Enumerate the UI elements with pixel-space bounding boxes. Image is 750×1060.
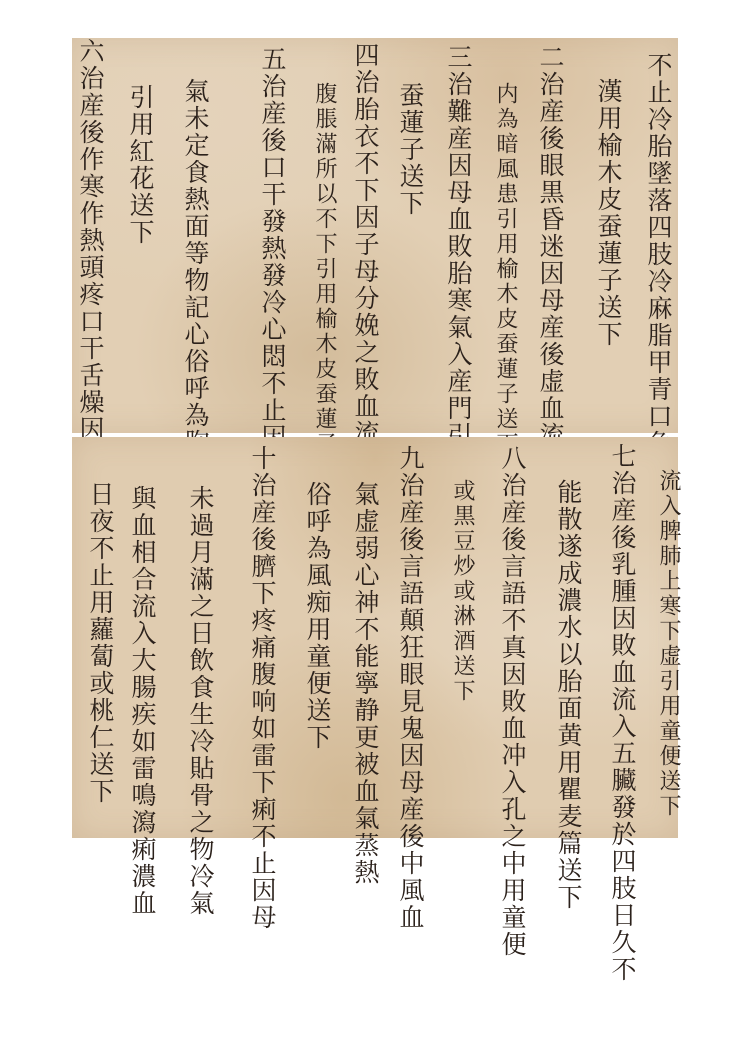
text-column: 流入脾肺上寒下虚引用童便送下 — [653, 469, 683, 819]
text-column: 日夜不止用蘿蔔或桃仁送下 — [85, 481, 115, 805]
text-column: 能散遂成濃水以胎面黄用瞿麦篇送下 — [553, 479, 583, 911]
manuscript-page-top: 不止冷胎墜落四肢冷麻脂甲青口角出 漢用榆木皮蚕蓮子送下 二治産後眼黒昏迷因母産後… — [72, 38, 678, 433]
text-column: 俗呼為風痴用童便送下 — [302, 481, 332, 751]
text-column: 未過月滿之日飲食生冷貼骨之物冷氣 — [185, 485, 215, 917]
text-column: 與血相合流入大腸疾如雷鳴瀉痢濃血 — [127, 485, 157, 917]
text-column: 不止冷胎墜落四肢冷麻脂甲青口角出 — [643, 52, 673, 484]
text-column: 八治産後言語不真因敗血冲入孔之中用童便 — [497, 445, 527, 958]
text-column: 漢用榆木皮蚕蓮子送下 — [593, 78, 623, 348]
text-column: 九治産後言語顛狂眼見鬼因母産後中風血 — [395, 445, 425, 931]
text-column: 引用紅花送下 — [125, 84, 155, 246]
text-column: 或黒豆炒或淋酒送下 — [447, 479, 477, 704]
text-column: 氣虚弱心神不能寧静更被血氣蒸熱 — [350, 481, 380, 886]
text-column: 内為暗風患引用榆木皮蚕蓮子送下 — [490, 82, 520, 457]
text-column: 蚕蓮子送下 — [395, 82, 425, 217]
manuscript-page-bottom: 流入脾肺上寒下虚引用童便送下 七治産後乳腫因敗血流入五臟發於四肢日久不 能散遂成… — [72, 437, 678, 838]
text-column: 七治産後乳腫因敗血流入五臟發於四肢日久不 — [607, 443, 637, 983]
text-column: 十治産後臍下疼痛腹响如雷下痢不止因母 — [247, 445, 277, 931]
